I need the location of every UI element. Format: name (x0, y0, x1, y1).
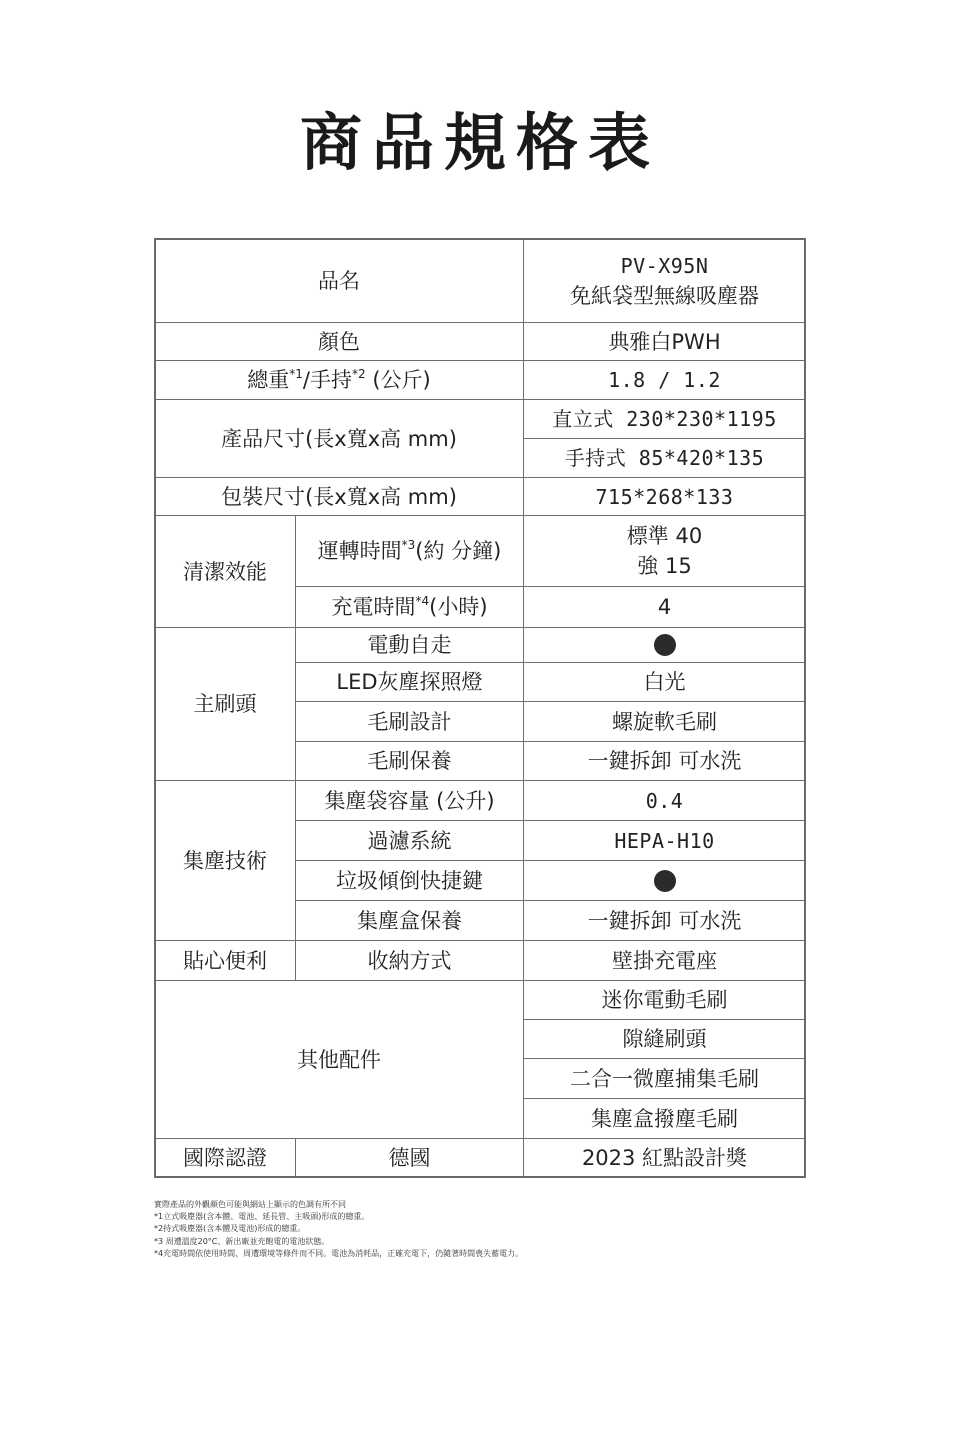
dust-tech-group-label: 集塵技術 (154, 780, 296, 941)
charge-value: 4 (523, 586, 806, 628)
brush-design-text: 毛刷設計 (368, 707, 452, 737)
brush-design-value: 螺旋軟毛刷 (523, 701, 806, 742)
runtime-strong: 強 15 (637, 551, 691, 581)
storage-label: 收納方式 (295, 940, 524, 981)
accessory-item-text: 迷你電動毛刷 (602, 985, 728, 1015)
dust-capacity-value: 0.4 (523, 780, 806, 821)
self-propelled-text: 電動自走 (368, 630, 452, 660)
feature-dot-icon (654, 634, 676, 656)
storage-value-text: 壁掛充電座 (612, 946, 717, 976)
dust-capacity-text: 集塵袋容量 (公升) (324, 786, 494, 816)
main-brush-group-label: 主刷頭 (154, 627, 296, 781)
color-label: 顏色 (154, 322, 524, 361)
feature-dot-icon (654, 870, 676, 892)
accessory-item-text: 集塵盒撥塵毛刷 (591, 1104, 738, 1134)
dust-capacity-value-text: 0.4 (646, 786, 684, 816)
dump-button-value (523, 860, 806, 901)
certification-value: 2023 紅點設計獎 (523, 1138, 806, 1178)
package-size-label-text: 包裝尺寸(長x寬x高 mm) (221, 482, 457, 512)
accessories-label-text: 其他配件 (297, 1045, 381, 1075)
dust-tech-group-text: 集塵技術 (183, 846, 267, 876)
runtime-value: 標準 40 強 15 (523, 515, 806, 587)
accessory-item: 隙縫刷頭 (523, 1019, 806, 1059)
brush-care-label: 毛刷保養 (295, 741, 524, 781)
cleaning-group-label: 清潔效能 (154, 515, 296, 628)
accessory-item-text: 二合一微塵捕集毛刷 (570, 1064, 759, 1094)
certification-group-label: 國際認證 (154, 1138, 296, 1178)
filter-value: HEPA-H10 (523, 820, 806, 861)
page-title: 商品規格表 (0, 103, 960, 183)
brush-care-value-text: 一鍵拆卸 可水洗 (588, 746, 742, 776)
product-name-label-text: 品名 (318, 266, 360, 296)
product-description: 免紙袋型無線吸塵器 (570, 281, 759, 311)
dust-box-care-value: 一鍵拆卸 可水洗 (523, 900, 806, 941)
weight-label-text: 總重*1/手持*2 (公斤) (247, 365, 430, 395)
accessory-item: 迷你電動毛刷 (523, 980, 806, 1020)
color-label-text: 顏色 (318, 327, 360, 357)
runtime-label: 運轉時間*3(約 分鐘) (295, 515, 524, 587)
model-number: PV-X95N (621, 251, 709, 281)
filter-text: 過濾系統 (368, 826, 452, 856)
filter-label: 過濾系統 (295, 820, 524, 861)
product-size-label: 產品尺寸(長x寬x高 mm) (154, 399, 524, 478)
weight-value-text: 1.8 / 1.2 (608, 365, 721, 395)
dust-box-care-value-text: 一鍵拆卸 可水洗 (588, 906, 742, 936)
accessory-item: 二合一微塵捕集毛刷 (523, 1058, 806, 1099)
package-size-value: 715*268*133 (523, 477, 806, 516)
dust-box-care-text: 集塵盒保養 (357, 906, 462, 936)
self-propelled-label: 電動自走 (295, 627, 524, 663)
accessories-label: 其他配件 (154, 980, 524, 1139)
brush-care-value: 一鍵拆卸 可水洗 (523, 741, 806, 781)
charge-value-text: 4 (658, 592, 671, 622)
dust-capacity-label: 集塵袋容量 (公升) (295, 780, 524, 821)
certification-country-text: 德國 (389, 1143, 431, 1173)
package-size-value-text: 715*268*133 (596, 482, 734, 512)
brush-design-value-text: 螺旋軟毛刷 (612, 707, 717, 737)
footnotes: 實際產品的外觀顏色可能與網站上顯示的色調有所不同 *1立式吸塵器(含本體、電池、… (154, 1199, 523, 1260)
footnote: 實際產品的外觀顏色可能與網站上顯示的色調有所不同 (154, 1199, 523, 1211)
convenience-group-label: 貼心便利 (154, 940, 296, 981)
footnote: *2持式吸塵器(含本體及電池)形成的總重。 (154, 1223, 523, 1235)
accessory-item: 集塵盒撥塵毛刷 (523, 1098, 806, 1139)
footnote: *3 周遭溫度20°C、新出廠並充飽電的電池狀態。 (154, 1236, 523, 1248)
product-size-upright: 直立式 230*230*1195 (523, 399, 806, 439)
certification-value-text: 2023 紅點設計獎 (582, 1143, 747, 1173)
charge-label-text: 充電時間*4(小時) (331, 592, 487, 622)
color-value: 典雅白PWH (523, 322, 806, 361)
cleaning-group-text: 清潔效能 (183, 557, 267, 587)
product-size-handheld: 手持式 85*420*135 (523, 438, 806, 478)
led-light-text: LED灰塵探照燈 (336, 667, 482, 697)
footnote: *1立式吸塵器(含本體、電池、延長管、主吸頭)形成的總重。 (154, 1211, 523, 1223)
brush-design-label: 毛刷設計 (295, 701, 524, 742)
brush-care-text: 毛刷保養 (368, 746, 452, 776)
runtime-label-text: 運轉時間*3(約 分鐘) (318, 536, 502, 566)
product-size-label-text: 產品尺寸(長x寬x高 mm) (221, 424, 457, 454)
footnote: *4充電時間依使用時間、周遭環境等條件而不同。電池為消耗品，正確充電下，仍隨著時… (154, 1248, 523, 1260)
main-brush-group-text: 主刷頭 (194, 689, 257, 719)
charge-label: 充電時間*4(小時) (295, 586, 524, 628)
led-light-value-text: 白光 (644, 667, 686, 697)
self-propelled-value (523, 627, 806, 663)
dust-box-care-label: 集塵盒保養 (295, 900, 524, 941)
runtime-standard: 標準 40 (627, 521, 702, 551)
convenience-group-text: 貼心便利 (183, 946, 267, 976)
filter-value-text: HEPA-H10 (614, 826, 714, 856)
weight-value: 1.8 / 1.2 (523, 360, 806, 400)
product-name-value: PV-X95N 免紙袋型無線吸塵器 (523, 238, 806, 323)
accessory-item-text: 隙縫刷頭 (623, 1024, 707, 1054)
color-value-text: 典雅白PWH (608, 327, 720, 357)
package-size-label: 包裝尺寸(長x寬x高 mm) (154, 477, 524, 516)
storage-value: 壁掛充電座 (523, 940, 806, 981)
certification-country: 德國 (295, 1138, 524, 1178)
led-light-label: LED灰塵探照燈 (295, 662, 524, 702)
handheld-size-text: 手持式 85*420*135 (565, 443, 764, 473)
weight-label: 總重*1/手持*2 (公斤) (154, 360, 524, 400)
product-name-label: 品名 (154, 238, 524, 323)
led-light-value: 白光 (523, 662, 806, 702)
dump-button-label: 垃圾傾倒快捷鍵 (295, 860, 524, 901)
upright-size-text: 直立式 230*230*1195 (552, 404, 777, 434)
certification-group-text: 國際認證 (183, 1143, 267, 1173)
dump-button-text: 垃圾傾倒快捷鍵 (336, 866, 483, 896)
storage-label-text: 收納方式 (368, 946, 452, 976)
